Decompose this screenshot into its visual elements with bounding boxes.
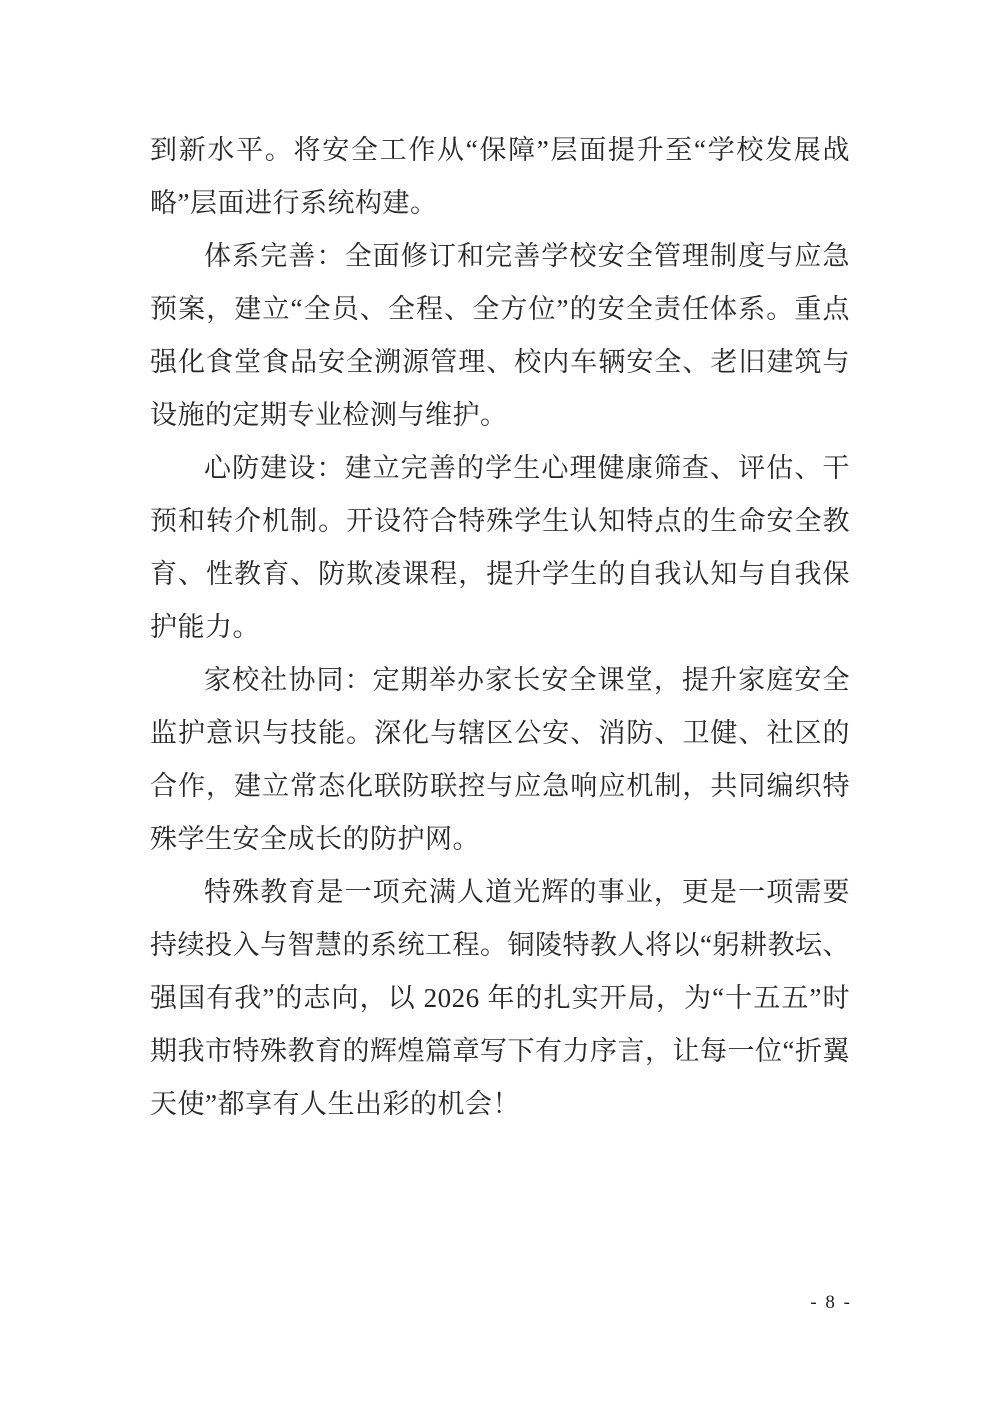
paragraph: 特殊教育是一项充满人道光辉的事业，更是一项需要持续投入与智慧的系统工程。铜陵特教… bbox=[150, 866, 850, 1131]
paragraph: 到新水平。将安全工作从“保障”层面提升至“学校发展战略”层面进行系统构建。 bbox=[150, 124, 850, 230]
document-body: 到新水平。将安全工作从“保障”层面提升至“学校发展战略”层面进行系统构建。体系完… bbox=[150, 124, 850, 1131]
document-page: 到新水平。将安全工作从“保障”层面提升至“学校发展战略”层面进行系统构建。体系完… bbox=[0, 0, 1000, 1414]
paragraph: 心防建设：建立完善的学生心理健康筛查、评估、干预和转介机制。开设符合特殊学生认知… bbox=[150, 442, 850, 654]
paragraph: 家校社协同：定期举办家长安全课堂，提升家庭安全监护意识与技能。深化与辖区公安、消… bbox=[150, 654, 850, 866]
paragraph: 体系完善：全面修订和完善学校安全管理制度与应急预案，建立“全员、全程、全方位”的… bbox=[150, 230, 850, 442]
page-number: - 8 - bbox=[810, 1292, 852, 1314]
